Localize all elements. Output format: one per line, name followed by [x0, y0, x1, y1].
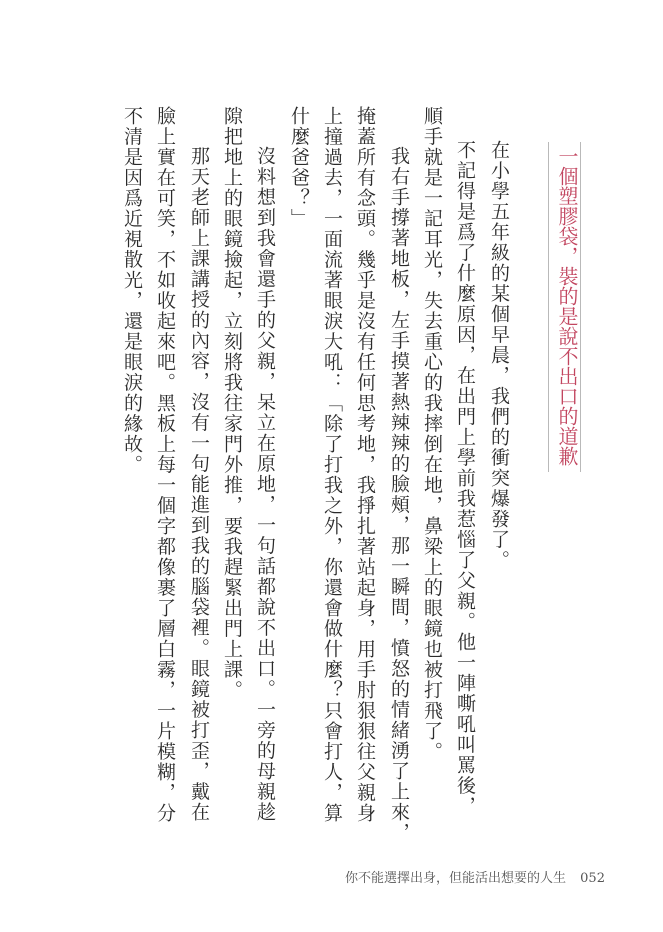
text-column-9: 隙把地上的眼鏡撿起，立刻將我往家門外推，要我趕緊出門上課。 — [221, 106, 243, 701]
text-column-6: 上撞過去，一面流著眼淚大吼：「除了打我之外，你還會做什麼？只會打人，算 — [321, 106, 343, 824]
chapter-title: 一個塑膠袋，裝的是說不出口的道歉 — [556, 146, 578, 466]
text-column-5: 掩蓋所有念頭。幾乎是沒有任何思考地，我掙扎著站起身，用手肘狠狠往父親身 — [354, 106, 376, 824]
text-column-11: 臉上實在可笑，不如收起來吧。黑板上每一個字都像裹了層白霧，一片模糊，分 — [154, 106, 176, 824]
text-column-10: 那天老師上課講授的內容，沒有一句能進到我的腦袋裡。眼鏡被打歪，戴在 — [188, 146, 210, 823]
page-number: 052 — [580, 871, 605, 886]
text-column-8: 沒料想到我會還手的父親，呆立在原地，一句話都說不出口。一旁的母親趁 — [254, 146, 276, 823]
text-column-7: 什麼爸爸？」 — [288, 106, 310, 229]
text-column-12: 不清是因爲近視散光，還是眼淚的緣故。 — [121, 106, 143, 475]
text-column-1: 在小學五年級的某個早晨，我們的衝突爆發了。 — [488, 140, 510, 571]
text-column-4: 我右手撐著地板，左手摸著熱辣辣的臉頰，那一瞬間，憤怒的情緒湧了上來， — [388, 146, 410, 843]
text-column-2: 不記得是爲了什麼原因，在出門上學前我惹惱了父親。他一陣嘶吼叫罵後， — [454, 140, 476, 817]
page-footer: 你不能選擇出身，但能活出想要的人生 052 — [345, 867, 605, 886]
running-book-title: 你不能選擇出身，但能活出想要的人生 — [345, 871, 566, 886]
book-page: 一個塑膠袋，裝的是說不出口的道歉 在小學五年級的某個早晨，我們的衝突爆發了。 不… — [0, 0, 663, 932]
text-column-3: 順手就是一記耳光，失去重心的我摔倒在地，鼻梁上的眼鏡也被打飛了。 — [421, 106, 443, 762]
